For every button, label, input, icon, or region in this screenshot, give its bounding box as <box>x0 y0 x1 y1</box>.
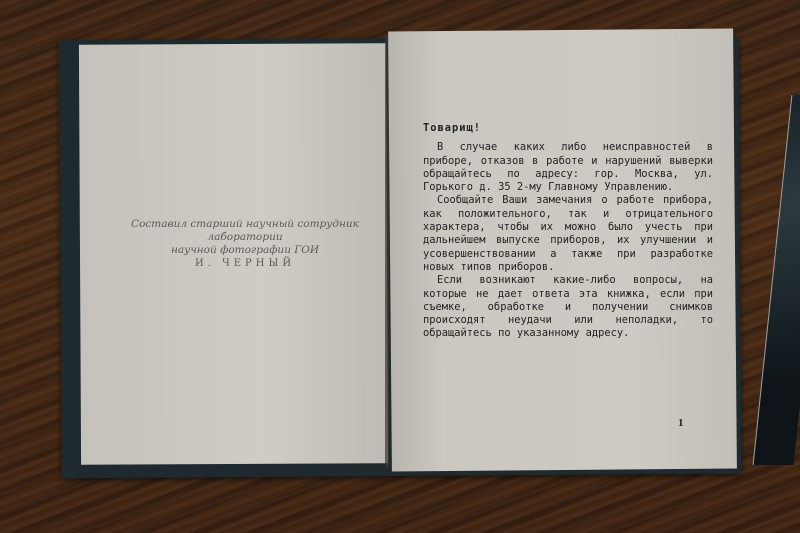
paragraph-questions: Если возникают какие-либо вопросы, на ко… <box>423 274 713 340</box>
credit-name: И. ЧЕРНЫЙ <box>110 257 380 270</box>
credit-line-1: Составил старший научный сотрудник лабор… <box>110 218 380 244</box>
paragraph-malfunctions: В случае каких либо неисправностей в при… <box>423 141 713 194</box>
credit-line-2: научной фотографии ГОИ <box>110 244 380 257</box>
dark-object-edge <box>753 95 800 465</box>
page-number: 1 <box>678 417 684 429</box>
author-credit: Составил старший научный сотрудник лабор… <box>110 218 380 270</box>
paragraph-feedback: Сообщайте Ваши замечания о работе прибор… <box>423 194 713 274</box>
notice-text: Товарищ! В случае каких либо неисправнос… <box>423 122 713 341</box>
greeting: Товарищ! <box>423 122 713 135</box>
